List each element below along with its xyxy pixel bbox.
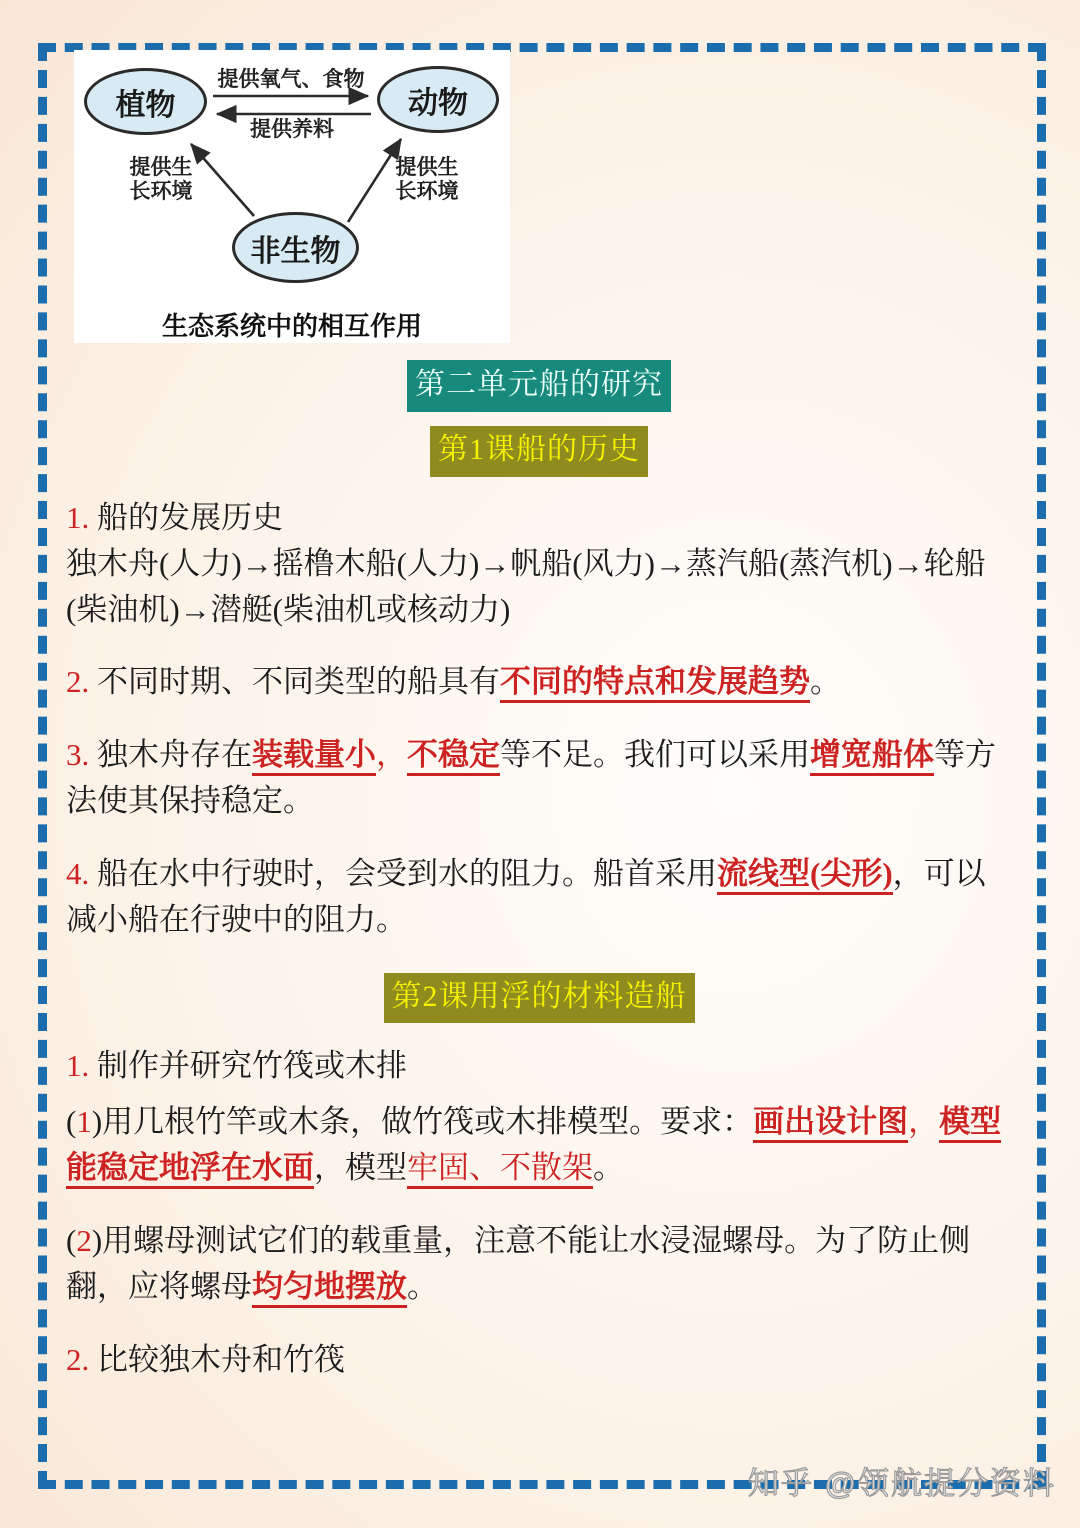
text-segment: ( (66, 1223, 76, 1258)
node-animal-label: 动物 (408, 78, 468, 122)
text-segment: ，模型 (314, 1150, 407, 1185)
paragraph: 1. 制作并研究竹筏或木排 (66, 1043, 1012, 1089)
paragraph: (2)用螺母测试它们的载重量，注意不能让水浸湿螺母。为了防止侧翻，应将螺母均匀地… (66, 1218, 1012, 1310)
text-segment: ， (376, 737, 407, 772)
text-segment: 制作并研究竹筏或木排 (89, 1048, 407, 1083)
text-segment: 独木舟存在 (89, 737, 252, 772)
node-plant-label: 植物 (116, 80, 176, 124)
ecosystem-diagram: 植物 动物 非生物 提供氧气、食物 提供养料 提供生 长环境 提供生 长环境 生… (74, 50, 510, 343)
edge-label-oxygen-food: 提供氧气、食物 (208, 68, 374, 92)
text-segment: 不稳定 (407, 737, 500, 776)
text-segment: ， (908, 1104, 939, 1139)
env-left-line2: 长环境 (118, 180, 204, 204)
lesson2-body: 1. 制作并研究竹筏或木排(1)用几根竹竿或木条，做竹筏或木排模型。要求：画出设… (66, 1043, 1012, 1382)
notes-page: 植物 动物 非生物 提供氧气、食物 提供养料 提供生 长环境 提供生 长环境 生… (0, 0, 1080, 1528)
text-segment: ) (92, 1223, 102, 1258)
text-segment: 不同的特点和发展趋势 (500, 664, 810, 703)
lesson1-title: 第1课船的历史 (430, 426, 648, 476)
text-segment: 3. (66, 737, 89, 772)
edge-label-nutrients: 提供养料 (246, 118, 338, 142)
text-segment: 1. (66, 500, 89, 535)
text-segment: 牢固、不散架 (407, 1150, 593, 1189)
env-right-line2: 长环境 (384, 180, 470, 204)
text-segment: 不同时期、不同类型的船具有 (89, 664, 500, 699)
text-segment: 1 (76, 1104, 92, 1139)
text-segment: ) (92, 1104, 102, 1139)
text-segment: 均匀地摆放 (252, 1269, 407, 1308)
text-segment: 。 (810, 664, 841, 699)
text-segment: 4. (66, 856, 89, 891)
lesson1-body: 1. 船的发展历史独木舟(人力)→摇橹木船(人力)→帆船(风力)→蒸汽船(蒸汽机… (66, 495, 1012, 943)
text-segment: 。 (593, 1150, 624, 1185)
edge-label-growth-env-right: 提供生 长环境 (384, 156, 470, 203)
text-segment: 用螺母测试它们的载重量，注意不能让水浸湿螺母。为了防止侧翻，应将螺母 (66, 1223, 970, 1304)
text-segment: 2. (66, 664, 89, 699)
text-segment: 等不足。我们可以采用 (500, 737, 810, 772)
edge-label-growth-env-left: 提供生 长环境 (118, 156, 204, 203)
lesson2-title: 第2课用浮的材料造船 (384, 973, 695, 1023)
text-segment: 。 (407, 1269, 438, 1304)
diagram-node-plant: 植物 (84, 68, 207, 135)
paragraph: 独木舟(人力)→摇橹木船(人力)→帆船(风力)→蒸汽船(蒸汽机)→轮船(柴油机)… (66, 541, 1012, 633)
unit-title: 第二单元船的研究 (407, 360, 671, 412)
text-segment: 画出设计图 (753, 1104, 908, 1143)
text-segment: ( (66, 1104, 76, 1139)
paragraph: 2. 比较独木舟和竹筏 (66, 1337, 1012, 1383)
text-segment: 船的发展历史 (89, 500, 283, 535)
env-left-line1: 提供生 (118, 156, 204, 180)
text-segment: 用几根竹竿或木条，做竹筏或木排模型。要求： (102, 1104, 753, 1139)
paragraph: (1)用几根竹竿或木条，做竹筏或木排模型。要求：画出设计图，模型能稳定地浮在水面… (66, 1099, 1012, 1191)
text-segment: 流线型(尖形) (717, 856, 893, 895)
paragraph: 1. 船的发展历史 (66, 495, 1012, 541)
text-segment: 1. (66, 1048, 89, 1083)
text-segment: 装载量小 (252, 737, 376, 776)
notes-content: 第二单元船的研究 第1课船的历史 1. 船的发展历史独木舟(人力)→摇橹木船(人… (66, 360, 1012, 1382)
paragraph: 3. 独木舟存在装载量小，不稳定等不足。我们可以采用增宽船体等方法使其保持稳定。 (66, 732, 1012, 824)
text-segment: 2 (76, 1223, 92, 1258)
diagram-caption: 生态系统中的相互作用 (74, 306, 510, 343)
paragraph: 2. 不同时期、不同类型的船具有不同的特点和发展趋势。 (66, 659, 1012, 705)
text-segment: 独木舟(人力)→摇橹木船(人力)→帆船(风力)→蒸汽船(蒸汽机)→轮船(柴油机)… (66, 546, 986, 627)
text-segment: 2. (66, 1342, 89, 1377)
diagram-node-nonliving: 非生物 (232, 212, 359, 283)
watermark: 知乎 @领航提分资料 (748, 1458, 1056, 1503)
paragraph: 4. 船在水中行驶时，会受到水的阻力。船首采用流线型(尖形)，可以减小船在行驶中… (66, 851, 1012, 943)
env-right-line1: 提供生 (384, 156, 470, 180)
text-segment: 船在水中行驶时，会受到水的阻力。船首采用 (89, 856, 717, 891)
text-segment: 比较独木舟和竹筏 (89, 1342, 345, 1377)
node-nonliving-label: 非生物 (251, 226, 341, 270)
diagram-node-animal: 动物 (377, 66, 499, 133)
text-segment: 增宽船体 (810, 737, 934, 776)
